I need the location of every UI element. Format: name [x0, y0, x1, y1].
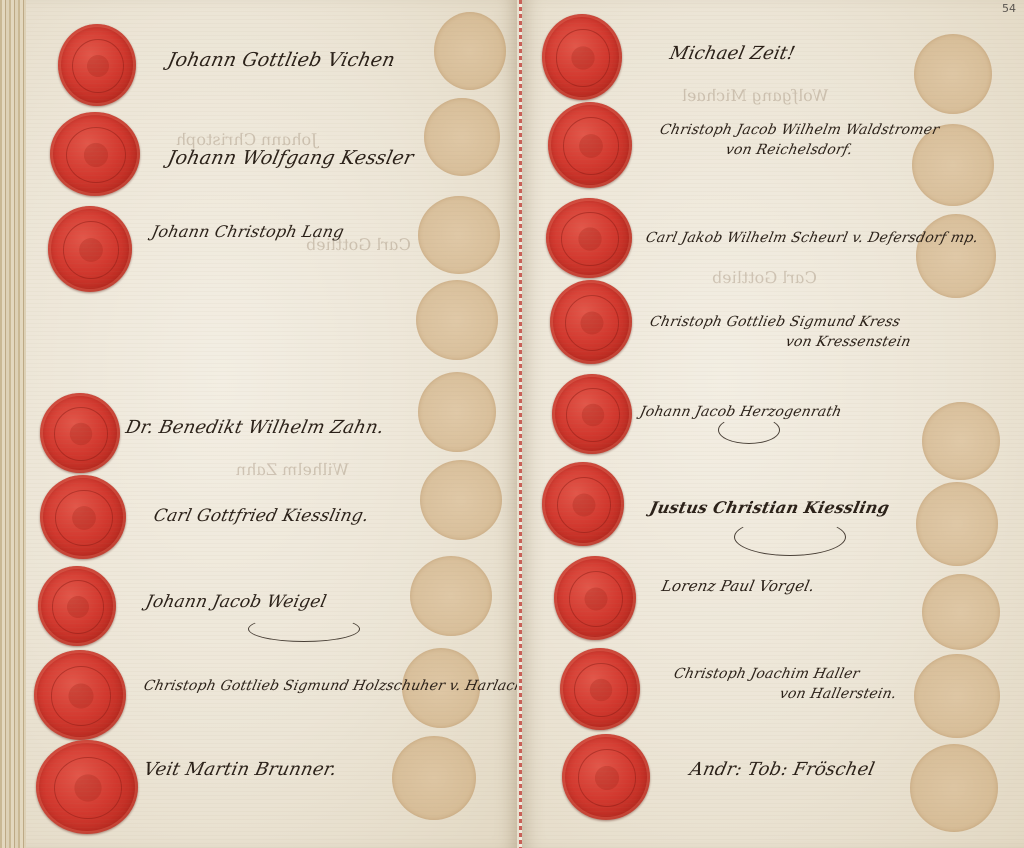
red-wax-seal: [58, 24, 136, 106]
red-wax-seal: [38, 566, 116, 646]
ghost-seal-impression: [922, 402, 1000, 480]
ghost-seal-impression: [424, 98, 500, 176]
signature: Johann Wolfgang Kessler: [166, 148, 416, 168]
bleed-through-text: Carl Gottlieb: [710, 268, 818, 287]
red-wax-seal: [50, 112, 140, 196]
ghost-seal-impression: [418, 372, 496, 452]
left-page: Johann Christoph Carl Gottlieb Wilhelm Z…: [26, 0, 518, 848]
red-wax-seal: [48, 206, 132, 292]
red-wax-seal: [546, 198, 632, 278]
red-wax-seal: [40, 475, 126, 559]
signature-line-1: Christoph Gottlieb Sigmund Kress: [648, 314, 901, 330]
signature: Dr. Benedikt Wilhelm Zahn.: [124, 418, 386, 438]
signature-line-1: Christoph Joachim Haller: [672, 666, 861, 682]
signature: Veit Martin Brunner.: [142, 760, 339, 780]
ghost-seal-impression: [410, 556, 492, 636]
red-wax-seal: [552, 374, 632, 454]
ghost-seal-impression: [418, 196, 500, 274]
signature: Johann Jacob Weigel: [144, 592, 328, 612]
red-wax-seal: [34, 650, 126, 740]
red-wax-seal: [562, 734, 650, 820]
signature-flourish: [734, 518, 846, 556]
ghost-seal-impression: [910, 744, 998, 832]
open-book: Johann Christoph Carl Gottlieb Wilhelm Z…: [0, 0, 1024, 848]
ghost-seal-impression: [434, 12, 506, 90]
red-wax-seal: [550, 280, 632, 364]
right-page: 54 Wolfgang Michael Carl Gottlieb Michae…: [522, 0, 1024, 848]
red-wax-seal: [548, 102, 632, 188]
red-wax-seal: [36, 740, 138, 834]
folio-number: 54: [1002, 2, 1016, 15]
red-wax-seal: [542, 14, 622, 100]
signature: Johann Gottlieb Vichen: [166, 50, 397, 70]
ghost-seal-impression: [914, 654, 1000, 738]
signature: Lorenz Paul Vorgel.: [660, 576, 817, 596]
signature: Michael Zeit!: [668, 44, 797, 64]
signature: Carl Gottfried Kiessling.: [152, 506, 371, 526]
signature: Christoph Gottlieb Sigmund Kress von Kre…: [644, 312, 917, 352]
signature: Justus Christian Kiessling: [648, 498, 891, 518]
ghost-seal-impression: [416, 280, 498, 360]
signature-line-2: von Reichelsdorf.: [654, 140, 937, 160]
ghost-seal-impression: [420, 460, 502, 540]
red-wax-seal: [40, 393, 120, 473]
ghost-seal-impression: [914, 34, 992, 114]
signature-line-1: Christoph Jacob Wilhelm Waldstromer: [658, 122, 940, 138]
signature: Christoph Joachim Haller von Hallerstein…: [668, 664, 903, 704]
ghost-seal-impression: [916, 482, 998, 566]
signature: Carl Jakob Wilhelm Scheurl v. Defersdorf…: [644, 228, 980, 248]
signature: Christoph Jacob Wilhelm Waldstromer von …: [654, 120, 941, 160]
signature: Andr: Tob: Fröschel: [688, 760, 877, 780]
ghost-seal-impression: [916, 214, 996, 298]
red-wax-seal: [554, 556, 636, 640]
signature-flourish: [718, 416, 780, 444]
signature-flourish: [248, 616, 360, 642]
bleed-through-text: Wolfgang Michael: [680, 86, 830, 105]
signature: Christoph Gottlieb Sigmund Holzschuher v…: [142, 676, 526, 696]
signature: Johann Christoph Lang: [150, 222, 346, 242]
red-wax-seal: [542, 462, 624, 546]
ghost-seal-impression: [922, 574, 1000, 650]
bleed-through-text: Wilhelm Zahn: [234, 460, 350, 479]
ghost-seal-impression: [392, 736, 476, 820]
red-wax-seal: [560, 648, 640, 730]
page-edges: [0, 0, 27, 848]
signature-line-2: von Hallerstein.: [668, 684, 899, 704]
signature-line-2: von Kressenstein: [644, 332, 913, 352]
